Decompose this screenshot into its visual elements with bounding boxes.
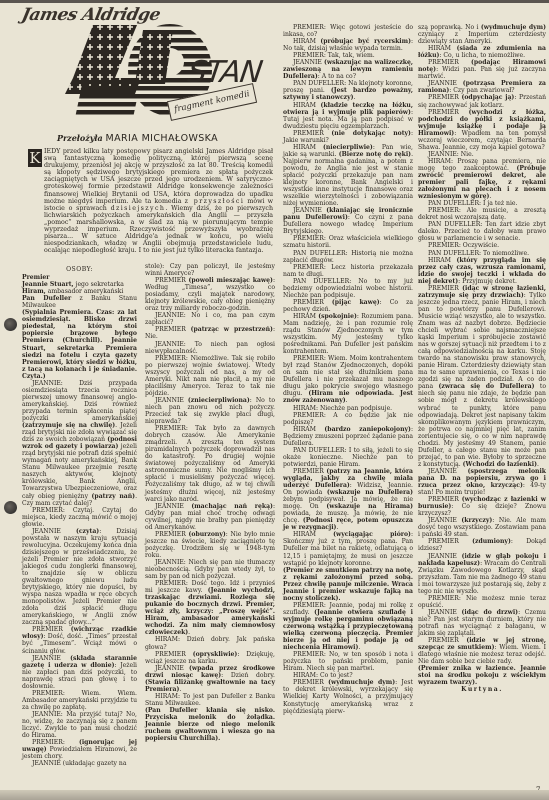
dialogue-paragraph: PAN DUFELLER: Historią nie można zapłaci… <box>283 250 413 264</box>
dialogue-paragraph: HIRAM: Dzień dobry. Jak pańska głowa? <box>145 636 275 650</box>
signature-kurtyna: Kurtyna. <box>418 686 546 693</box>
cast-member: Premier <box>22 274 137 281</box>
intro-text-a: IEDY przed kilku laty postępowy pisarz a… <box>44 148 273 205</box>
intro-text-c: . Wiemy dziś, że po pierwszych lichwiars… <box>44 205 273 255</box>
intro-spaced-2: dzisiejszych <box>111 205 166 212</box>
dialogue-paragraph: PREMIER (pijąc kawę): Co za pechowy dzie… <box>283 299 413 313</box>
dialogue-paragraph: PREMIER: Oczywiście. <box>418 242 546 249</box>
dialogue-paragraph: PREMIER (zdumiony): Dokąd idziesz? <box>418 538 546 552</box>
dialogue-paragraph: PREMIER (powoli mieszając kawę): Według … <box>145 277 275 312</box>
dialogue-paragraph: JEANNIE: Ma przyjść tutaj? No, no, widzę… <box>22 711 137 739</box>
dialogue-paragraph: JEANNIE (spostrzega melonik pana D. na p… <box>418 468 546 496</box>
dialogue-paragraph: PAN DUFELLER: I to siłą, jeżeli to się o… <box>283 447 413 468</box>
dialogue-paragraph: JEANNIE (idzie w głąb pokoju i nakłada k… <box>418 553 546 595</box>
article-header: James Aldridge STAN fragment komedii Prz… <box>0 0 275 150</box>
dialogue-paragraph: JEANNIE (wskazując na walizeczkę, zawies… <box>283 59 413 80</box>
dialogue-paragraph: stole): Czy pan policzył, ile jesteśmy w… <box>145 263 275 277</box>
dialogue-paragraph: JEANNIE: To niech pan ogłosi niewypłacal… <box>145 341 275 355</box>
dialogue-paragraph: PREMIER (wychodząc z łazienki w burnusie… <box>418 496 546 517</box>
dialogue-paragraph: HIRAM: Co to jest? <box>283 672 413 679</box>
dialogue-paragraph: PREMIER: Czytaj. Czytaj do miejsca, kied… <box>22 507 137 528</box>
dialogue-paragraph: PAN DUFELLER: To niemożliwe. <box>418 250 546 257</box>
dialogue-paragraph: PREMIER (idąc w stronę łazienki, zatrzym… <box>418 285 546 468</box>
dialogue-paragraph: PREMIER: No, w ten sposób i nota i pożyc… <box>283 651 413 672</box>
dialogue-paragraph: PREMIER: Tak, tak, wiem. <box>283 52 413 59</box>
dialogue-paragraph: JEANNIE (idąc do drzwi): Czemu nie? Pan … <box>418 609 546 637</box>
dialogue-paragraph: JEANNIE (składa starannie gazetę i uderz… <box>22 655 137 690</box>
dialogue-paragraph: PREMIER (patrząc w przestrzeń): Nie. <box>145 326 275 340</box>
dialogue-paragraph: PAN DUFELLER: Ten żart idzie zbyt daleko… <box>418 221 546 242</box>
dialogue-paragraph: HIRAM (kładzie teczkę na łóżku, otwiera … <box>283 102 413 130</box>
dialogue-paragraph: HIRAM (który przygląda im się przez cały… <box>418 257 546 285</box>
dialogue-paragraph: PREMIER (patrzy na Jeannie, która wygląd… <box>283 468 413 531</box>
translator-name: MARIA MICHAŁOWSKA <box>106 133 219 144</box>
dialogue-paragraph: JEANNIE (zniecierpliwiona): No to niech … <box>145 397 275 425</box>
dialogue-paragraph: PREMIER: Niemożliwe. Tak się robiło po p… <box>145 355 275 397</box>
text-column-3: PREMIER: Więc gotowi jesteście do inkasa… <box>283 24 413 715</box>
dialogue-paragraph: (Premier znika w łazience. Jeannie stoi … <box>418 665 546 686</box>
dialogue-paragraph: szą poprawką. No i (wydmuchuje dym) czyn… <box>418 24 546 45</box>
cast-heading: OSOBY: <box>22 266 137 273</box>
dialogue-paragraph: PREMIER: Wiem. Moim kontrahentem był rzą… <box>283 355 413 404</box>
column-body: stole): Czy pan policzył, ile jesteśmy w… <box>145 263 275 742</box>
dialogue-paragraph: JEANNIE: Nie. <box>418 151 546 158</box>
dialogue-paragraph: PREMIER: Lecz historia przekazała nam te… <box>283 264 413 278</box>
dialogue-paragraph: (Pan Dufeller kłania się nisko. Przycisk… <box>145 707 275 742</box>
dialogue-paragraph: HIRAM (bardzo zaniepokojony): Będziemy z… <box>283 426 413 447</box>
dialogue-paragraph: PREMIER (odpychając ją): Przestań się za… <box>418 94 546 108</box>
dialogue-paragraph: JEANNIE (wpada przez środkowe drzwi nios… <box>145 665 275 693</box>
dialogue-paragraph: PREMIER: Oraz właściciela wielkiego szma… <box>283 235 413 249</box>
dialogue-paragraph: PAN DUFELLER: Na klejnoty koronne, prosz… <box>283 80 413 101</box>
dialogue-paragraph: PREMIER (opryskliwie): Dziękuję, wciąż j… <box>145 651 275 665</box>
text-column-1: OSOBY: PremierJeannie Stuart, jego sekre… <box>22 263 137 767</box>
intro-spaced-1: z przyszłości <box>185 198 245 205</box>
cast-member: Jeannie Stuart, jego sekretarka <box>22 281 137 288</box>
dialogue-paragraph: JEANNIE: No i co, ma pan czym zapłacić? <box>145 312 275 326</box>
dialogue-paragraph: PREMIER: A co będzie jak nie podpiszę? <box>283 412 413 426</box>
cast-member: Hiram, ambasador amerykański <box>22 288 137 295</box>
text-column-4: szą poprawką. No i (wydmuchuje dym) czyn… <box>418 24 546 693</box>
column-body: szą poprawką. No i (wydmuchuje dym) czyn… <box>418 24 546 686</box>
dialogue-paragraph: HIRAM (wyciągając pióro): Skończmy już z… <box>283 531 413 566</box>
dialogue-paragraph: HIRAM (siada ze zdumienia na łóżku): Co,… <box>418 45 546 59</box>
dialogue-paragraph: HIRAM: To jest pan Dufeller z Banku Stan… <box>145 693 275 707</box>
dialogue-paragraph: HIRAM (próbując być rycerskim): No tak, … <box>283 38 413 52</box>
dialogue-paragraph: JEANNIE: Dziś przypada osiemdziesiąta tr… <box>22 380 137 507</box>
dialogue-paragraph: PREMIER: Więc gotowi jesteście do inkasa… <box>283 24 413 38</box>
intro-paragraph: IEDY przed kilku laty postępowy pisarz a… <box>29 148 273 254</box>
text-column-2: stole): Czy pan policzył, ile jesteśmy w… <box>145 263 275 742</box>
dialogue-paragraph: PAN DUFELLER: No to my już będziemy odpo… <box>283 278 413 299</box>
dialogue-paragraph: PREMIER (wychodzi z łóżka, podchodzi do … <box>418 109 546 151</box>
dialogue-paragraph: JEANNIE (machając nań ręką): Gdyby pan m… <box>145 503 275 531</box>
dialogue-paragraph: PREMIER (nie dotykając noty): Jakie waru… <box>283 130 413 144</box>
dialogue-paragraph: HIRAM: Niechże pan podpisuje. <box>283 405 413 412</box>
dialogue-paragraph: PAN DUFELLER: I ja też nie. <box>418 200 546 207</box>
dialogue-paragraph: PREMIER: Tak było za dawnych dobrych cza… <box>145 425 275 503</box>
dialogue-paragraph: PREMIER (podając Hiramowi notę): Widzi p… <box>418 59 546 80</box>
bottom-border <box>0 790 549 800</box>
dialogue-paragraph: (Premier ze smutkiem patrzy na notę, z r… <box>283 567 413 602</box>
dialogue-paragraph: PREMIER (oburzony): Nie było mnie jeszcz… <box>145 531 275 559</box>
cast-list: PremierJeannie Stuart, jego sekretarkaHi… <box>22 274 137 309</box>
dialogue-paragraph: (Sypialnia Premiera. Czas: za lat osiemd… <box>22 309 137 379</box>
dialogue-paragraph: PREMIER (wichrząc rzadkie włosy): Dość, … <box>22 626 137 654</box>
dialogue-paragraph: JEANNIE (czyta): Dzisiaj powstała w nasz… <box>22 528 137 627</box>
dialogue-paragraph: PREMIER (idzie w jej stronę, szepcąc ze … <box>418 637 546 665</box>
punch-hole <box>4 501 17 514</box>
cast-member: Pan Dufeller z Banku Stanu Milwaukee <box>22 295 137 309</box>
dialogue-paragraph: PREMIER: Nie możesz mnie teraz opuścić. <box>418 595 546 609</box>
dialogue-paragraph: JEANNIE (układając gazety na <box>22 760 137 767</box>
punch-hole <box>4 318 17 331</box>
dialogue-paragraph: PREMIER: Ale musicie, a zresztą dekret n… <box>418 207 546 221</box>
dialogue-paragraph: PREMIER: Dość tego. Idź i przynieś mi je… <box>145 580 275 636</box>
dialogue-paragraph: PREMIER: (ignorując jej uwagę) Powiedzia… <box>22 739 137 760</box>
dialogue-paragraph: PREMIER (wydmuchuje dym): Jest to dekret… <box>283 679 413 714</box>
dialogue-paragraph: PREMIER: Wiem. Wiem. Ambasador amerykańs… <box>22 690 137 711</box>
translator-credit: Przełożyła MARIA MICHAŁOWSKA <box>0 133 275 144</box>
column-body: PREMIER: Więc gotowi jesteście do inkasa… <box>283 24 413 715</box>
dialogue-paragraph: JEANNIE (krzyczy): Nie. Ale mam dosyć te… <box>418 517 546 538</box>
dialogue-paragraph: PREMIER: Jeannie, podaj mi rolkę z szufl… <box>283 602 413 651</box>
dialogue-paragraph: HIRAM (spokojnie): Rozumiem pana. Mam na… <box>283 313 413 355</box>
translator-label: Przełożyła <box>57 133 103 143</box>
dialogue-paragraph: JEANNIE (kłaniając się ironicznie panu D… <box>283 207 413 235</box>
dialogue-paragraph: JEANNIE (potrząsa Premiera za ramiona): … <box>418 80 546 94</box>
dialogue-paragraph: HIRAM (niecierpliwie): Pan wie, jakie są… <box>283 144 413 207</box>
column-body: (Sypialnia Premiera. Czas: za lat osiemd… <box>22 309 137 767</box>
dialogue-paragraph: JEANNIE: Niech się pan nie tłumaczy nieo… <box>145 559 275 580</box>
dialogue-paragraph: HIRAM: Proszę pana premiera, nie mogę te… <box>418 158 546 200</box>
